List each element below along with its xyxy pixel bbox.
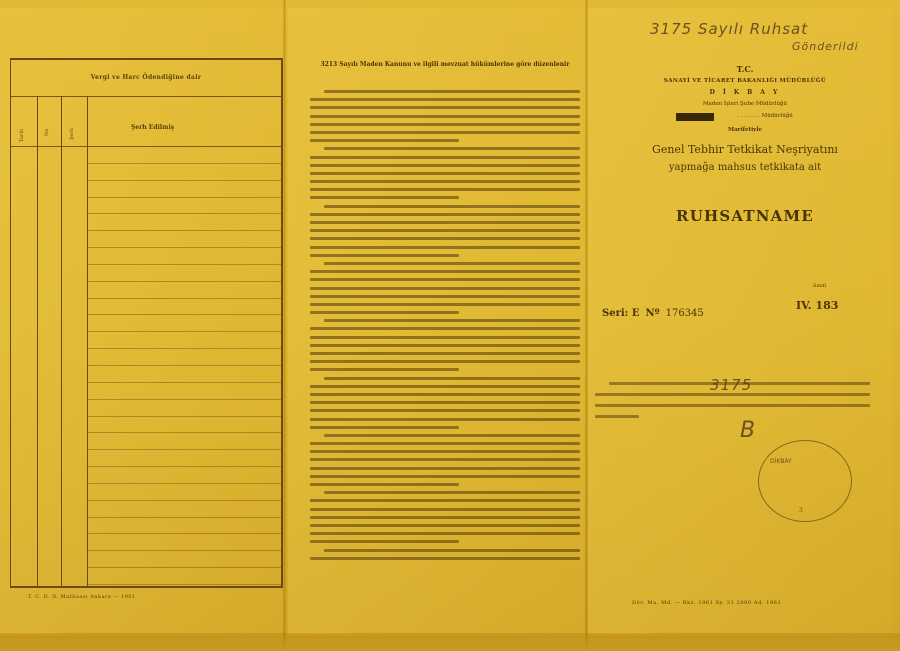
ledger-footer: T. C. D. D. Matbaası Ankara — 1961 bbox=[28, 594, 136, 600]
text-line bbox=[310, 336, 580, 339]
ledger-row-line bbox=[87, 281, 281, 282]
ledger-row-line bbox=[87, 163, 281, 164]
text-line bbox=[310, 164, 580, 167]
ledger-title: Vergi ve Harc Ödendiğine dair bbox=[11, 60, 281, 97]
ledger-row-line bbox=[87, 533, 281, 534]
text-line bbox=[324, 262, 580, 265]
text-line bbox=[310, 188, 580, 191]
text-line bbox=[310, 311, 459, 314]
small-heading: Marifetiyle bbox=[600, 127, 890, 133]
office-label-2: . . . . . . . Müdürlüğü bbox=[650, 113, 880, 119]
ledger-row-line bbox=[87, 382, 281, 383]
text-line bbox=[310, 499, 580, 502]
ledger-row-line bbox=[87, 416, 281, 417]
text-line bbox=[310, 295, 580, 298]
ledger-row-line bbox=[87, 567, 281, 568]
text-line bbox=[310, 508, 580, 511]
ledger-header bbox=[11, 96, 281, 147]
ledger-row-line bbox=[87, 331, 281, 332]
city-label: D İ K B A Y bbox=[600, 89, 890, 96]
document-name: RUHSATNAME bbox=[600, 207, 890, 225]
text-line bbox=[310, 254, 459, 257]
text-line bbox=[310, 98, 580, 101]
main-column-header: Şerh Edilmiş bbox=[131, 124, 174, 131]
text-line bbox=[310, 352, 580, 355]
text-line bbox=[310, 450, 580, 453]
text-line bbox=[595, 393, 870, 396]
ledger-row-line bbox=[87, 449, 281, 450]
text-line bbox=[310, 524, 580, 527]
text-line bbox=[310, 418, 580, 421]
text-line bbox=[310, 115, 580, 118]
text-line bbox=[310, 229, 580, 232]
office-label: Maden İşleri Şube Müdürlüğü bbox=[600, 101, 890, 107]
ledger-row-line bbox=[87, 264, 281, 265]
text-line bbox=[609, 382, 870, 385]
text-line bbox=[310, 196, 459, 199]
text-line bbox=[324, 319, 580, 322]
text-line bbox=[310, 516, 580, 519]
column-header-date: Tarih bbox=[19, 129, 25, 142]
ledger-row-line bbox=[87, 466, 281, 467]
stamp-number: 3 bbox=[799, 507, 803, 514]
number-label: Nº bbox=[645, 308, 659, 319]
series-label: Seri: E bbox=[602, 308, 639, 319]
stamp-text: DİKBAY bbox=[770, 458, 792, 465]
text-line bbox=[310, 483, 459, 486]
ledger-row-line bbox=[87, 483, 281, 484]
state-label: T.C. bbox=[600, 64, 890, 74]
text-line bbox=[310, 327, 580, 330]
text-line bbox=[324, 147, 580, 150]
ledger-row-line bbox=[87, 517, 281, 518]
text-line bbox=[310, 123, 580, 126]
text-line bbox=[310, 401, 580, 404]
heading-line-2: yapmağa mahsus tetkikata ait bbox=[600, 162, 890, 173]
ledger-row-line bbox=[87, 197, 281, 198]
text-line bbox=[310, 278, 580, 281]
document-sheet: Vergi ve Harc Ödendiğine dair Tarih No Ş… bbox=[0, 0, 900, 651]
handwritten-note: 3175 Sayılı Ruhsat bbox=[650, 20, 808, 38]
text-line bbox=[324, 491, 580, 494]
text-line bbox=[310, 409, 580, 412]
text-line bbox=[310, 393, 580, 396]
text-line bbox=[324, 434, 580, 437]
ledger-row-line bbox=[87, 180, 281, 181]
text-line bbox=[310, 156, 580, 159]
text-line bbox=[595, 415, 639, 418]
ledger-row-line bbox=[87, 500, 281, 501]
text-line bbox=[310, 303, 580, 306]
ledger-row-line bbox=[87, 213, 281, 214]
text-line bbox=[310, 467, 580, 470]
class-label: Sınıfı bbox=[813, 283, 826, 289]
official-stamp bbox=[758, 440, 852, 522]
text-line bbox=[310, 557, 580, 560]
text-line bbox=[310, 540, 459, 543]
ledger-row-line bbox=[87, 584, 281, 585]
fold-line bbox=[283, 0, 286, 651]
handwritten-note-sub: Gönderildi bbox=[792, 40, 859, 53]
text-line bbox=[310, 106, 580, 109]
text-line bbox=[310, 172, 580, 175]
ledger-row-line bbox=[87, 432, 281, 433]
ministry-label: SANAYİ VE TİCARET BAKANLIĞI MÜDÜRLÜĞÜ bbox=[600, 78, 890, 84]
fold-line bbox=[585, 0, 588, 651]
text-line bbox=[310, 458, 580, 461]
text-line bbox=[310, 475, 580, 478]
text-line bbox=[310, 213, 580, 216]
ledger-row-line bbox=[87, 247, 281, 248]
text-line bbox=[310, 221, 580, 224]
text-line bbox=[310, 360, 580, 363]
text-line bbox=[310, 139, 459, 142]
heading-line-1: Genel Tebhir Tetkikat Neşriyatını bbox=[600, 143, 890, 156]
text-line bbox=[310, 426, 459, 429]
text-line bbox=[324, 549, 580, 552]
text-line bbox=[310, 368, 459, 371]
text-line bbox=[310, 344, 580, 347]
text-line bbox=[324, 205, 580, 208]
ledger-row-line bbox=[87, 298, 281, 299]
certificate-text bbox=[595, 382, 870, 426]
serial-number: Seri: ENº176345 bbox=[602, 308, 704, 319]
number-value: 176345 bbox=[666, 308, 704, 319]
ledger-row-line bbox=[87, 314, 281, 315]
ledger-row-line bbox=[87, 399, 281, 400]
ledger-rows bbox=[11, 146, 281, 586]
ledger-row-line bbox=[87, 348, 281, 349]
text-line bbox=[595, 404, 870, 407]
text-line bbox=[310, 270, 580, 273]
text-line bbox=[310, 287, 580, 290]
text-line bbox=[310, 131, 580, 134]
column-header-note: Şerh bbox=[69, 128, 75, 140]
text-line bbox=[310, 237, 580, 240]
text-line bbox=[310, 180, 580, 183]
regulation-body bbox=[310, 86, 580, 565]
column-header-no: No bbox=[44, 129, 50, 136]
ledger-row-line bbox=[87, 230, 281, 231]
regulation-title: 3213 Sayılı Maden Kanunu ve ilgili mevzu… bbox=[310, 60, 580, 69]
text-line bbox=[310, 246, 580, 249]
text-line bbox=[310, 442, 580, 445]
table-surface bbox=[0, 633, 900, 651]
text-line bbox=[310, 385, 580, 388]
ledger-table: Vergi ve Harc Ödendiğine dair Tarih No Ş… bbox=[10, 58, 283, 588]
class-value: IV. 183 bbox=[796, 299, 838, 312]
text-line bbox=[324, 377, 580, 380]
ledger-row-line bbox=[87, 365, 281, 366]
ledger-row-line bbox=[87, 550, 281, 551]
text-line bbox=[324, 90, 580, 93]
right-footer: Döv. Ma. Md. — Bkz. 1961 Sy. 31 2000 Ad.… bbox=[632, 600, 781, 606]
text-line bbox=[310, 532, 580, 535]
signature: B bbox=[740, 418, 756, 443]
